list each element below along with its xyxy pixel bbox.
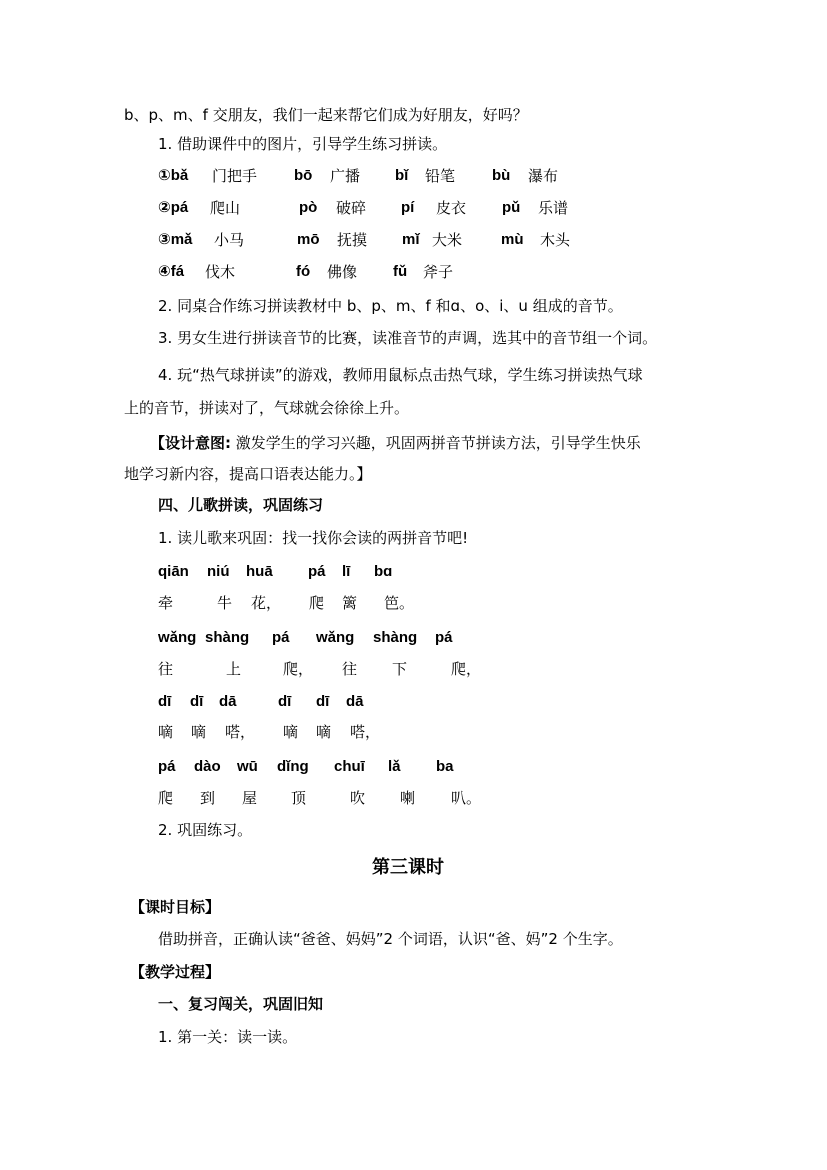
word: 广播 [330,166,360,186]
pinyin: chuī [334,757,365,777]
word: 伐木 [205,262,235,282]
pinyin: lǎ [388,757,401,777]
pinyin: dī [316,692,329,712]
syllable: pí [401,198,414,218]
hanzi: 篱 [342,593,357,613]
syllable: fǔ [393,262,407,282]
hanzi: 到 [200,788,215,808]
syllable: ④fá [158,262,184,282]
pinyin: qiān [158,562,189,582]
word: 皮衣 [436,198,466,218]
syllable: pò [299,198,317,218]
pinyin: shàng [373,628,417,648]
hanzi: 笆。 [384,593,414,613]
syllable: mù [501,230,524,250]
goal-heading: 【课时目标】 [130,897,220,917]
word: 铅笔 [425,166,455,186]
hanzi: 嗒， [350,722,380,742]
pinyin: bɑ [374,562,392,582]
paragraph-step-1: 1. 借助课件中的图片，引导学生练习拼读。 [158,134,447,154]
pinyin: huā [246,562,273,582]
design-intent: 【设计意图: 激发学生的学习兴趣，巩固两拼音节拼读方法，引导学生快乐 [150,433,641,453]
pinyin: pá [272,628,290,648]
hanzi: 嘀 [316,722,331,742]
word: 斧子 [423,262,453,282]
hanzi: 上 [226,659,241,679]
hanzi: 嘀 [191,722,206,742]
hanzi: 往 [342,659,357,679]
pinyin: lī [342,562,350,582]
hanzi: 花， [251,593,281,613]
syllable: bù [492,166,510,186]
process-heading: 【教学过程】 [130,962,220,982]
hanzi: 爬， [451,659,481,679]
hanzi: 嗒， [225,722,255,742]
hanzi: 嘀 [158,722,173,742]
hanzi: 嘀 [283,722,298,742]
pinyin: dī [158,692,171,712]
paragraph-step-3: 3. 男女生进行拼读音节的比赛，读准音节的声调，选其中的音节组一个词。 [158,328,657,348]
syllable: ③mǎ [158,230,192,250]
syllable: ①bǎ [158,166,188,186]
word: 爬山 [210,198,240,218]
pinyin: wǎng [316,628,354,648]
hanzi: 吹 [350,788,365,808]
paragraph-step-4: 4. 玩“热气球拼读”的游戏，教师用鼠标点击热气球，学生练习拼读热气球 [158,365,643,385]
paragraph-step-2: 2. 同桌合作练习拼读教材中 b、p、m、f 和ɑ、o、i、u 组成的音节。 [158,296,623,316]
word: 佛像 [327,262,357,282]
word: 木头 [540,230,570,250]
hanzi: 牵 [158,593,173,613]
design-intent-label: 【设计意图: [150,434,231,452]
hanzi: 爬 [158,788,173,808]
pinyin: wū [237,757,258,777]
hanzi: 屋 [242,788,257,808]
hanzi: 喇 [400,788,415,808]
pinyin: pá [435,628,453,648]
word: 抚摸 [337,230,367,250]
syllable: fó [296,262,310,282]
word: 瀑布 [528,166,558,186]
pinyin: dā [219,692,237,712]
syllable: pǔ [502,198,520,218]
paragraph-song-intro: 1. 读儿歌来巩固：找一找你会读的两拼音节吧! [158,528,468,548]
design-intent-cont: 地学习新内容，提高口语表达能力。】 [124,464,372,484]
paragraph-practice: 2. 巩固练习。 [158,820,252,840]
hanzi: 叭。 [451,788,481,808]
hanzi: 顶 [291,788,306,808]
syllable: bō [294,166,312,186]
pinyin: pá [158,757,176,777]
lesson-title: 第三课时 [372,858,444,878]
hanzi: 往 [158,659,173,679]
step-1: 1. 第一关：读一读。 [158,1027,297,1047]
word: 大米 [432,230,462,250]
word: 破碎 [336,198,366,218]
pinyin: shàng [205,628,249,648]
syllable: mǐ [402,230,420,250]
pinyin: dī [278,692,291,712]
pinyin: ba [436,757,454,777]
pinyin: niú [207,562,230,582]
hanzi: 爬 [309,593,324,613]
pinyin: dǐng [277,757,309,777]
hanzi: 爬， [283,659,313,679]
hanzi: 牛 [217,593,232,613]
word: 小马 [214,230,244,250]
word: 乐谱 [538,198,568,218]
syllable: bǐ [395,166,408,186]
pinyin: pá [308,562,326,582]
design-intent-text: 激发学生的学习兴趣，巩固两拼音节拼读方法，引导学生快乐 [231,434,641,452]
syllable: mō [297,230,320,250]
syllable: ②pá [158,198,188,218]
pinyin: wǎng [158,628,196,648]
word: 门把手 [212,166,257,186]
paragraph-intro: b、p、m、f 交朋友，我们一起来帮它们成为好朋友，好吗？ [124,105,528,125]
goal-text: 借助拼音，正确认读“爸爸、妈妈”2 个词语，认识“爸、妈”2 个生字。 [158,929,623,949]
pinyin: dī [190,692,203,712]
pinyin: dào [194,757,221,777]
hanzi: 下 [392,659,407,679]
pinyin: dā [346,692,364,712]
section-heading-1: 一、复习闯关，巩固旧知 [158,994,323,1014]
section-heading-4: 四、儿歌拼读，巩固练习 [158,495,323,515]
paragraph-step-4-cont: 上的音节，拼读对了，气球就会徐徐上升。 [124,398,409,418]
